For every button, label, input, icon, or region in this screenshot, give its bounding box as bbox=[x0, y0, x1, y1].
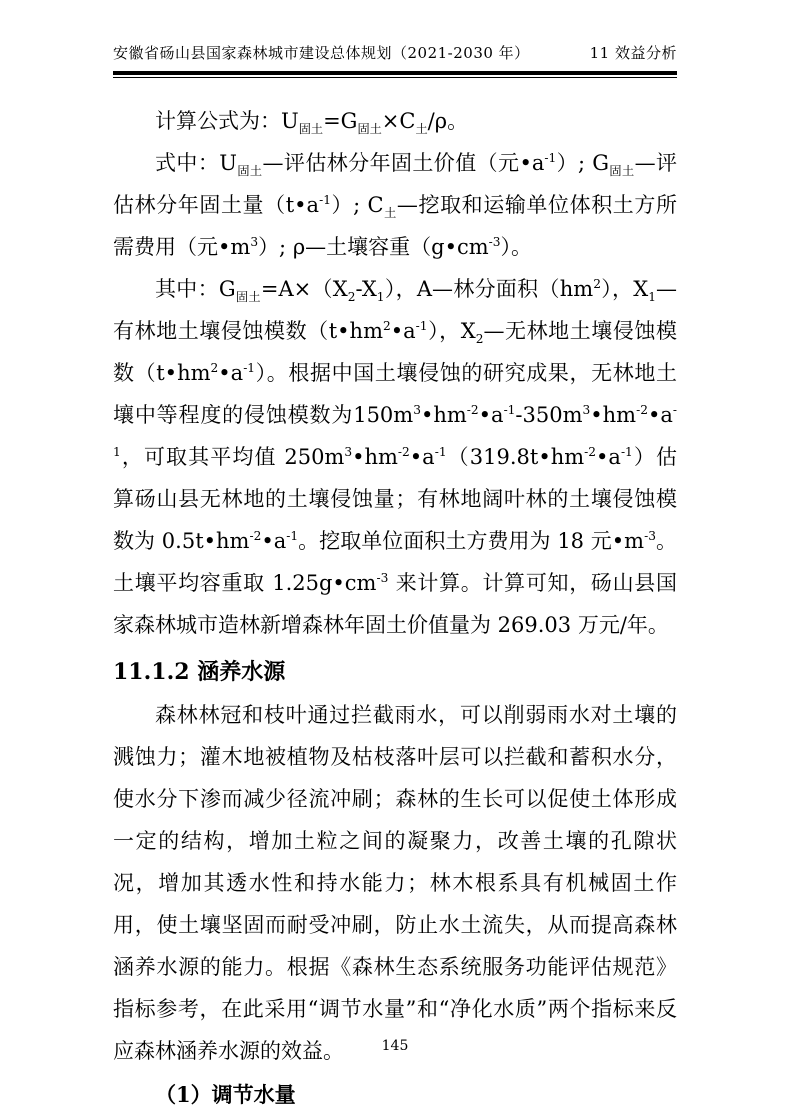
paragraph-variable-definitions: 式中：U固土—评估林分年固土价值（元•a-1）; G固土—评估林分年固土量（t•… bbox=[113, 142, 677, 268]
page-header: 安徽省砀山县国家森林城市建设总体规划（2021-2030 年） 11 效益分析 bbox=[113, 42, 677, 63]
page-number: 145 bbox=[382, 1038, 409, 1054]
section-heading-water-conservation: 11.1.2 涵养水源 bbox=[113, 650, 677, 694]
document-page: 安徽省砀山县国家森林城市建设总体规划（2021-2030 年） 11 效益分析 … bbox=[0, 0, 790, 1118]
subsection-heading-regulate-water: （1）调节水量 bbox=[113, 1074, 677, 1116]
header-document-title: 安徽省砀山县国家森林城市建设总体规划（2021-2030 年） bbox=[113, 42, 530, 63]
paragraph-water-conservation-intro: 森林林冠和枝叶通过拦截雨水，可以削弱雨水对土壤的溅蚀力；灌木地被植物及枯枝落叶层… bbox=[113, 694, 677, 1072]
page-footer: 145 bbox=[0, 1038, 790, 1054]
document-body: 计算公式为：U固土=G固土×C土/ρ。 式中：U固土—评估林分年固土价值（元•a… bbox=[113, 100, 677, 1116]
header-chapter-title: 11 效益分析 bbox=[590, 42, 677, 63]
paragraph-formula: 计算公式为：U固土=G固土×C土/ρ。 bbox=[113, 100, 677, 142]
paragraph-soil-calculation: 其中：G固土=A×（X2-X1），A—林分面积（hm2），X1—有林地土壤侵蚀模… bbox=[113, 268, 677, 646]
header-divider-rule bbox=[113, 71, 677, 78]
